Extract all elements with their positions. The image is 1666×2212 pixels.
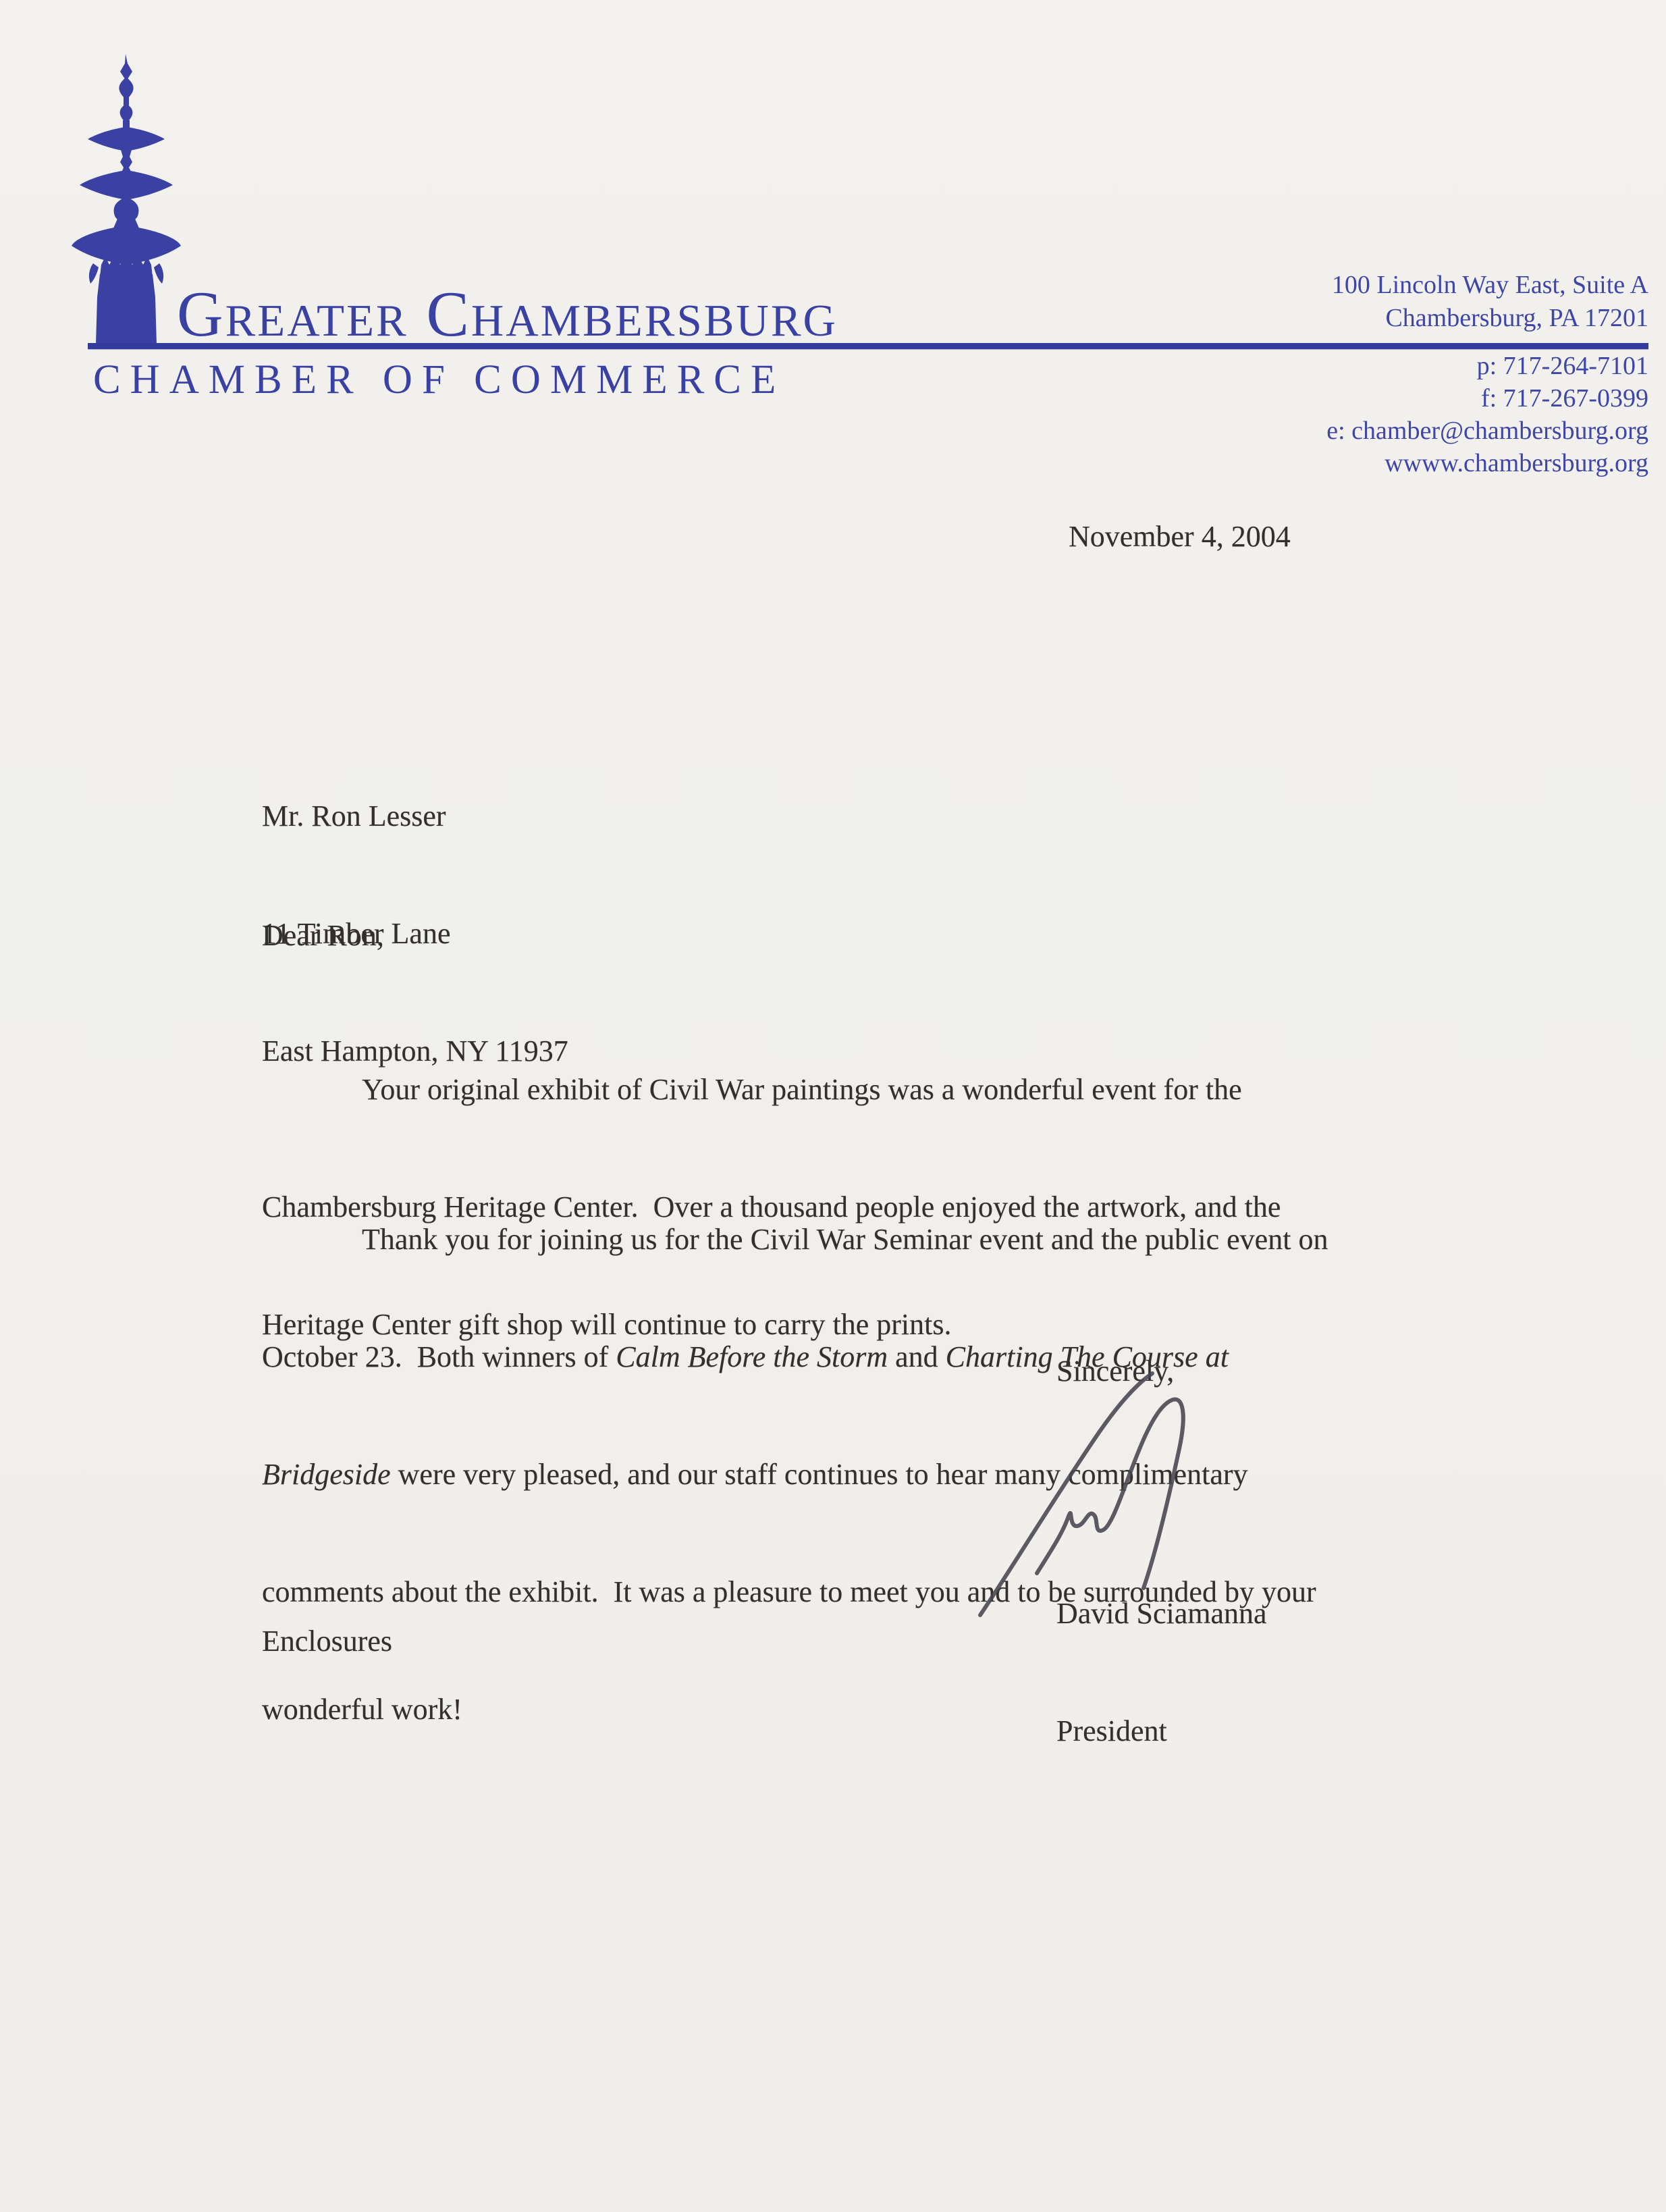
signature-image (961, 1350, 1231, 1624)
body-line: Bridgeside were very pleased, and our st… (262, 1455, 1477, 1494)
painting-title: Calm Before the Storm (616, 1340, 888, 1373)
body-text-run: October 23. Both winners of (262, 1340, 616, 1373)
body-line: Thank you for joining us for the Civil W… (262, 1220, 1477, 1259)
fax-line: f: 717-267-0399 (1326, 382, 1648, 415)
body-line: Your original exhibit of Civil War paint… (262, 1070, 1477, 1109)
recipient-name: Mr. Ron Lesser (262, 797, 568, 836)
body-line: comments about the exhibit. It was a ple… (262, 1573, 1477, 1612)
salutation: Dear Ron, (262, 916, 384, 955)
paragraph-2: Thank you for joining us for the Civil W… (262, 1142, 1477, 1808)
letterhead-rule (88, 343, 1648, 349)
letterhead-address: 100 Lincoln Way East, Suite A Chambersbu… (1332, 269, 1648, 335)
body-line: wonderful work! (262, 1690, 1477, 1729)
address-line-1: 100 Lincoln Way East, Suite A (1332, 269, 1648, 302)
body-text-run: and (888, 1340, 946, 1373)
email-line: e: chamber@chambersburg.org (1326, 415, 1648, 447)
fountain-logo-icon (70, 54, 182, 348)
painting-title: Bridgeside (262, 1458, 391, 1491)
website-line: wwww.chambersburg.org (1326, 447, 1648, 479)
phone-line: p: 717-264-7101 (1326, 350, 1648, 382)
signer-title: President (1056, 1712, 1267, 1751)
body-line: October 23. Both winners of Calm Before … (262, 1338, 1477, 1377)
letterhead-contact: p: 717-264-7101 f: 717-267-0399 e: chamb… (1326, 350, 1648, 479)
letter-date: November 4, 2004 (1069, 517, 1291, 556)
enclosures-note: Enclosures (262, 1622, 392, 1661)
address-line-2: Chambersburg, PA 17201 (1332, 302, 1648, 335)
org-name: Greater Chambersburg (177, 282, 838, 346)
org-subtitle: CHAMBER OF COMMERCE (93, 359, 785, 400)
scanned-letter-page: Greater Chambersburg CHAMBER OF COMMERCE… (0, 0, 1666, 2212)
